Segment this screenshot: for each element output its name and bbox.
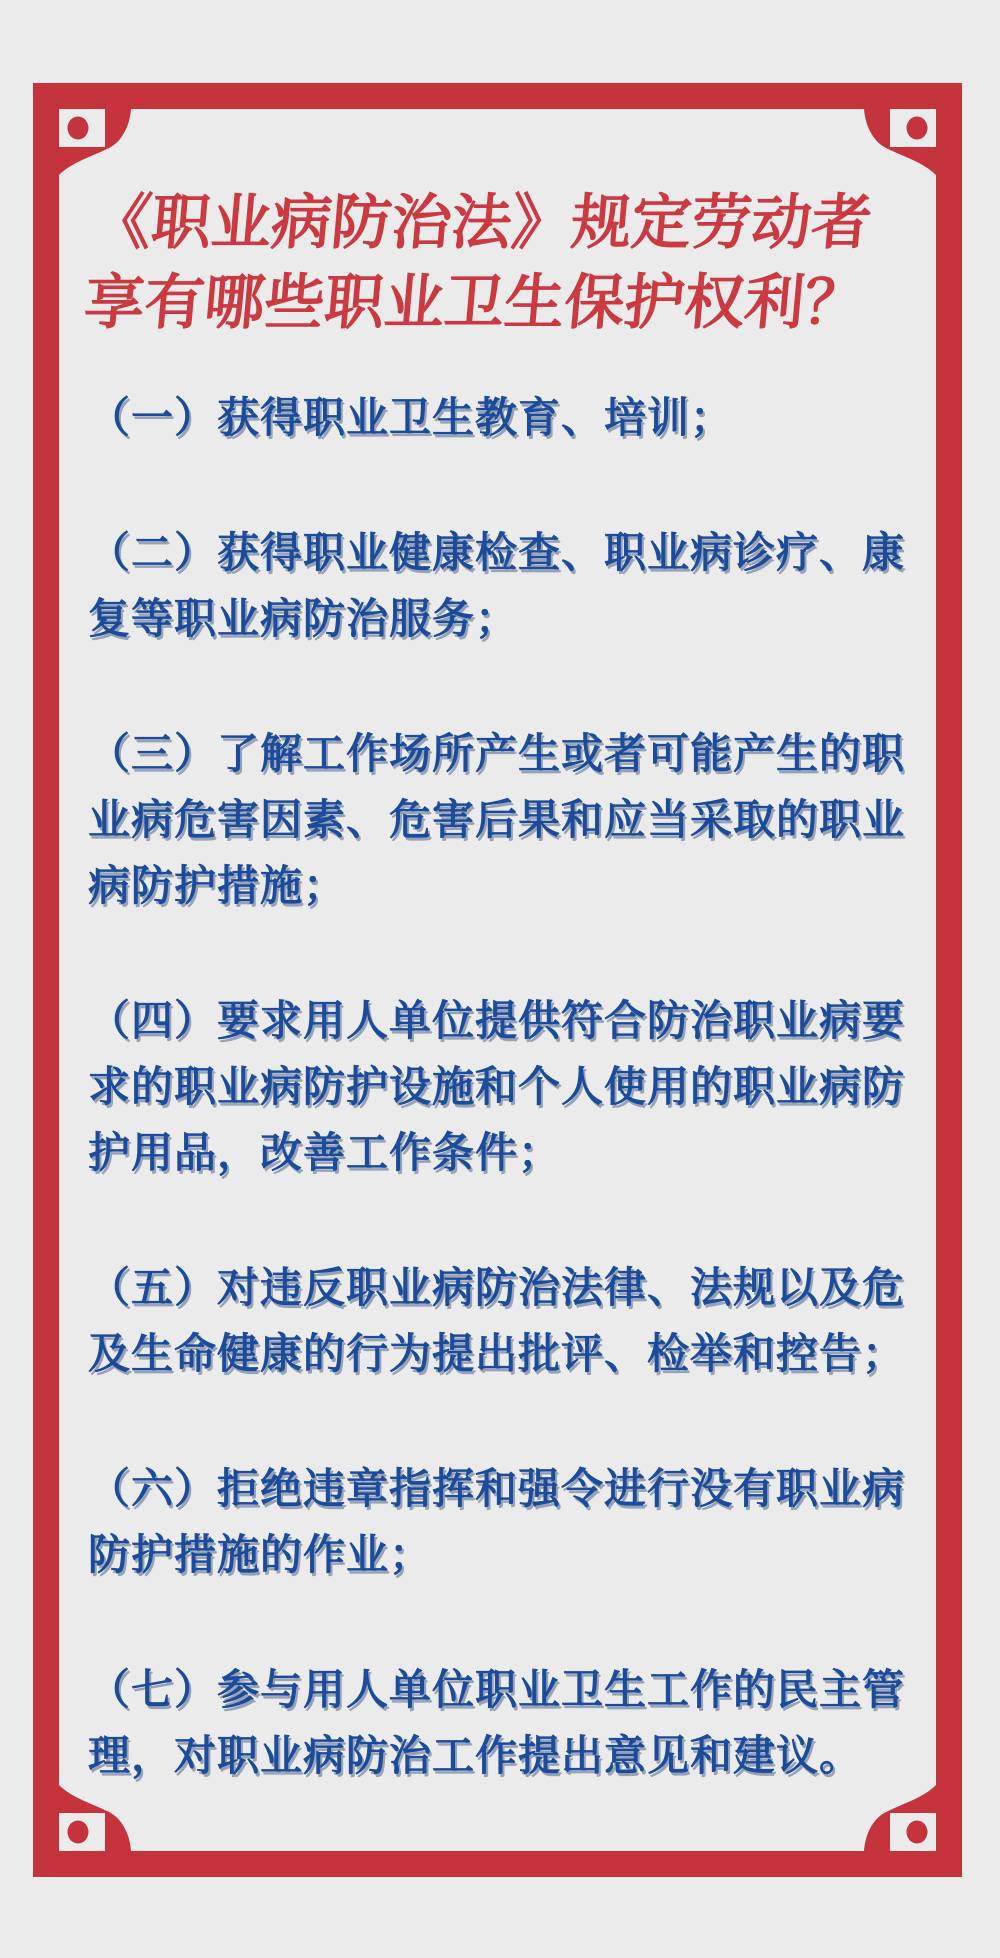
list-item-line: 求的职业病防护设施和个人使用的职业病防: [88, 1054, 924, 1120]
list-item-line: 及生命健康的行为提出批评、检举和控告；: [88, 1321, 924, 1387]
list-item: （二）获得职业健康检查、职业病诊疗、康复等职业病防治服务；: [88, 520, 924, 652]
list-item-line: （二）获得职业健康检查、职业病诊疗、康: [88, 520, 924, 586]
title-line: 《职业病防治法》规定劳动者: [88, 183, 931, 263]
list-item-line: 业病危害因素、危害后果和应当采取的职业: [88, 787, 924, 853]
list-item-line: （六）拒绝违章指挥和强令进行没有职业病: [88, 1456, 924, 1522]
list-item-line: 护用品，改善工作条件；: [88, 1120, 924, 1186]
title-line: 享有哪些职业卫生保护权利？: [81, 263, 924, 343]
list-item-line: （五）对违反职业病防治法律、法规以及危: [88, 1255, 924, 1321]
list-item-line: （三）了解工作场所产生或者可能产生的职: [88, 721, 924, 787]
list-item-line: 病防护措施；: [88, 853, 924, 919]
poster-content: 《职业病防治法》规定劳动者 享有哪些职业卫生保护权利？ （一）获得职业卫生教育、…: [88, 183, 924, 1858]
rights-list: （一）获得职业卫生教育、培训；（二）获得职业健康检查、职业病诊疗、康复等职业病防…: [88, 385, 924, 1789]
list-item-line: （四）要求用人单位提供符合防治职业病要: [88, 988, 924, 1054]
list-item-line: 理，对职业病防治工作提出意见和建议。: [88, 1723, 924, 1789]
list-item-line: 防护措施的作业；: [88, 1522, 924, 1588]
corner-ornament-icon: [856, 109, 936, 181]
list-item: （四）要求用人单位提供符合防治职业病要求的职业病防护设施和个人使用的职业病防护用…: [88, 988, 924, 1186]
list-item-line: （七）参与用人单位职业卫生工作的民主管: [88, 1657, 924, 1723]
list-item: （六）拒绝违章指挥和强令进行没有职业病防护措施的作业；: [88, 1456, 924, 1588]
list-item-line: 复等职业病防治服务；: [88, 586, 924, 652]
list-item: （一）获得职业卫生教育、培训；: [88, 385, 924, 451]
list-item-line: （一）获得职业卫生教育、培训；: [88, 385, 924, 451]
poster-title: 《职业病防治法》规定劳动者 享有哪些职业卫生保护权利？: [81, 183, 931, 343]
list-item: （七）参与用人单位职业卫生工作的民主管理，对职业病防治工作提出意见和建议。: [88, 1657, 924, 1789]
corner-ornament-icon: [59, 109, 139, 181]
list-item: （三）了解工作场所产生或者可能产生的职业病危害因素、危害后果和应当采取的职业病防…: [88, 721, 924, 919]
list-item: （五）对违反职业病防治法律、法规以及危及生命健康的行为提出批评、检举和控告；: [88, 1255, 924, 1387]
